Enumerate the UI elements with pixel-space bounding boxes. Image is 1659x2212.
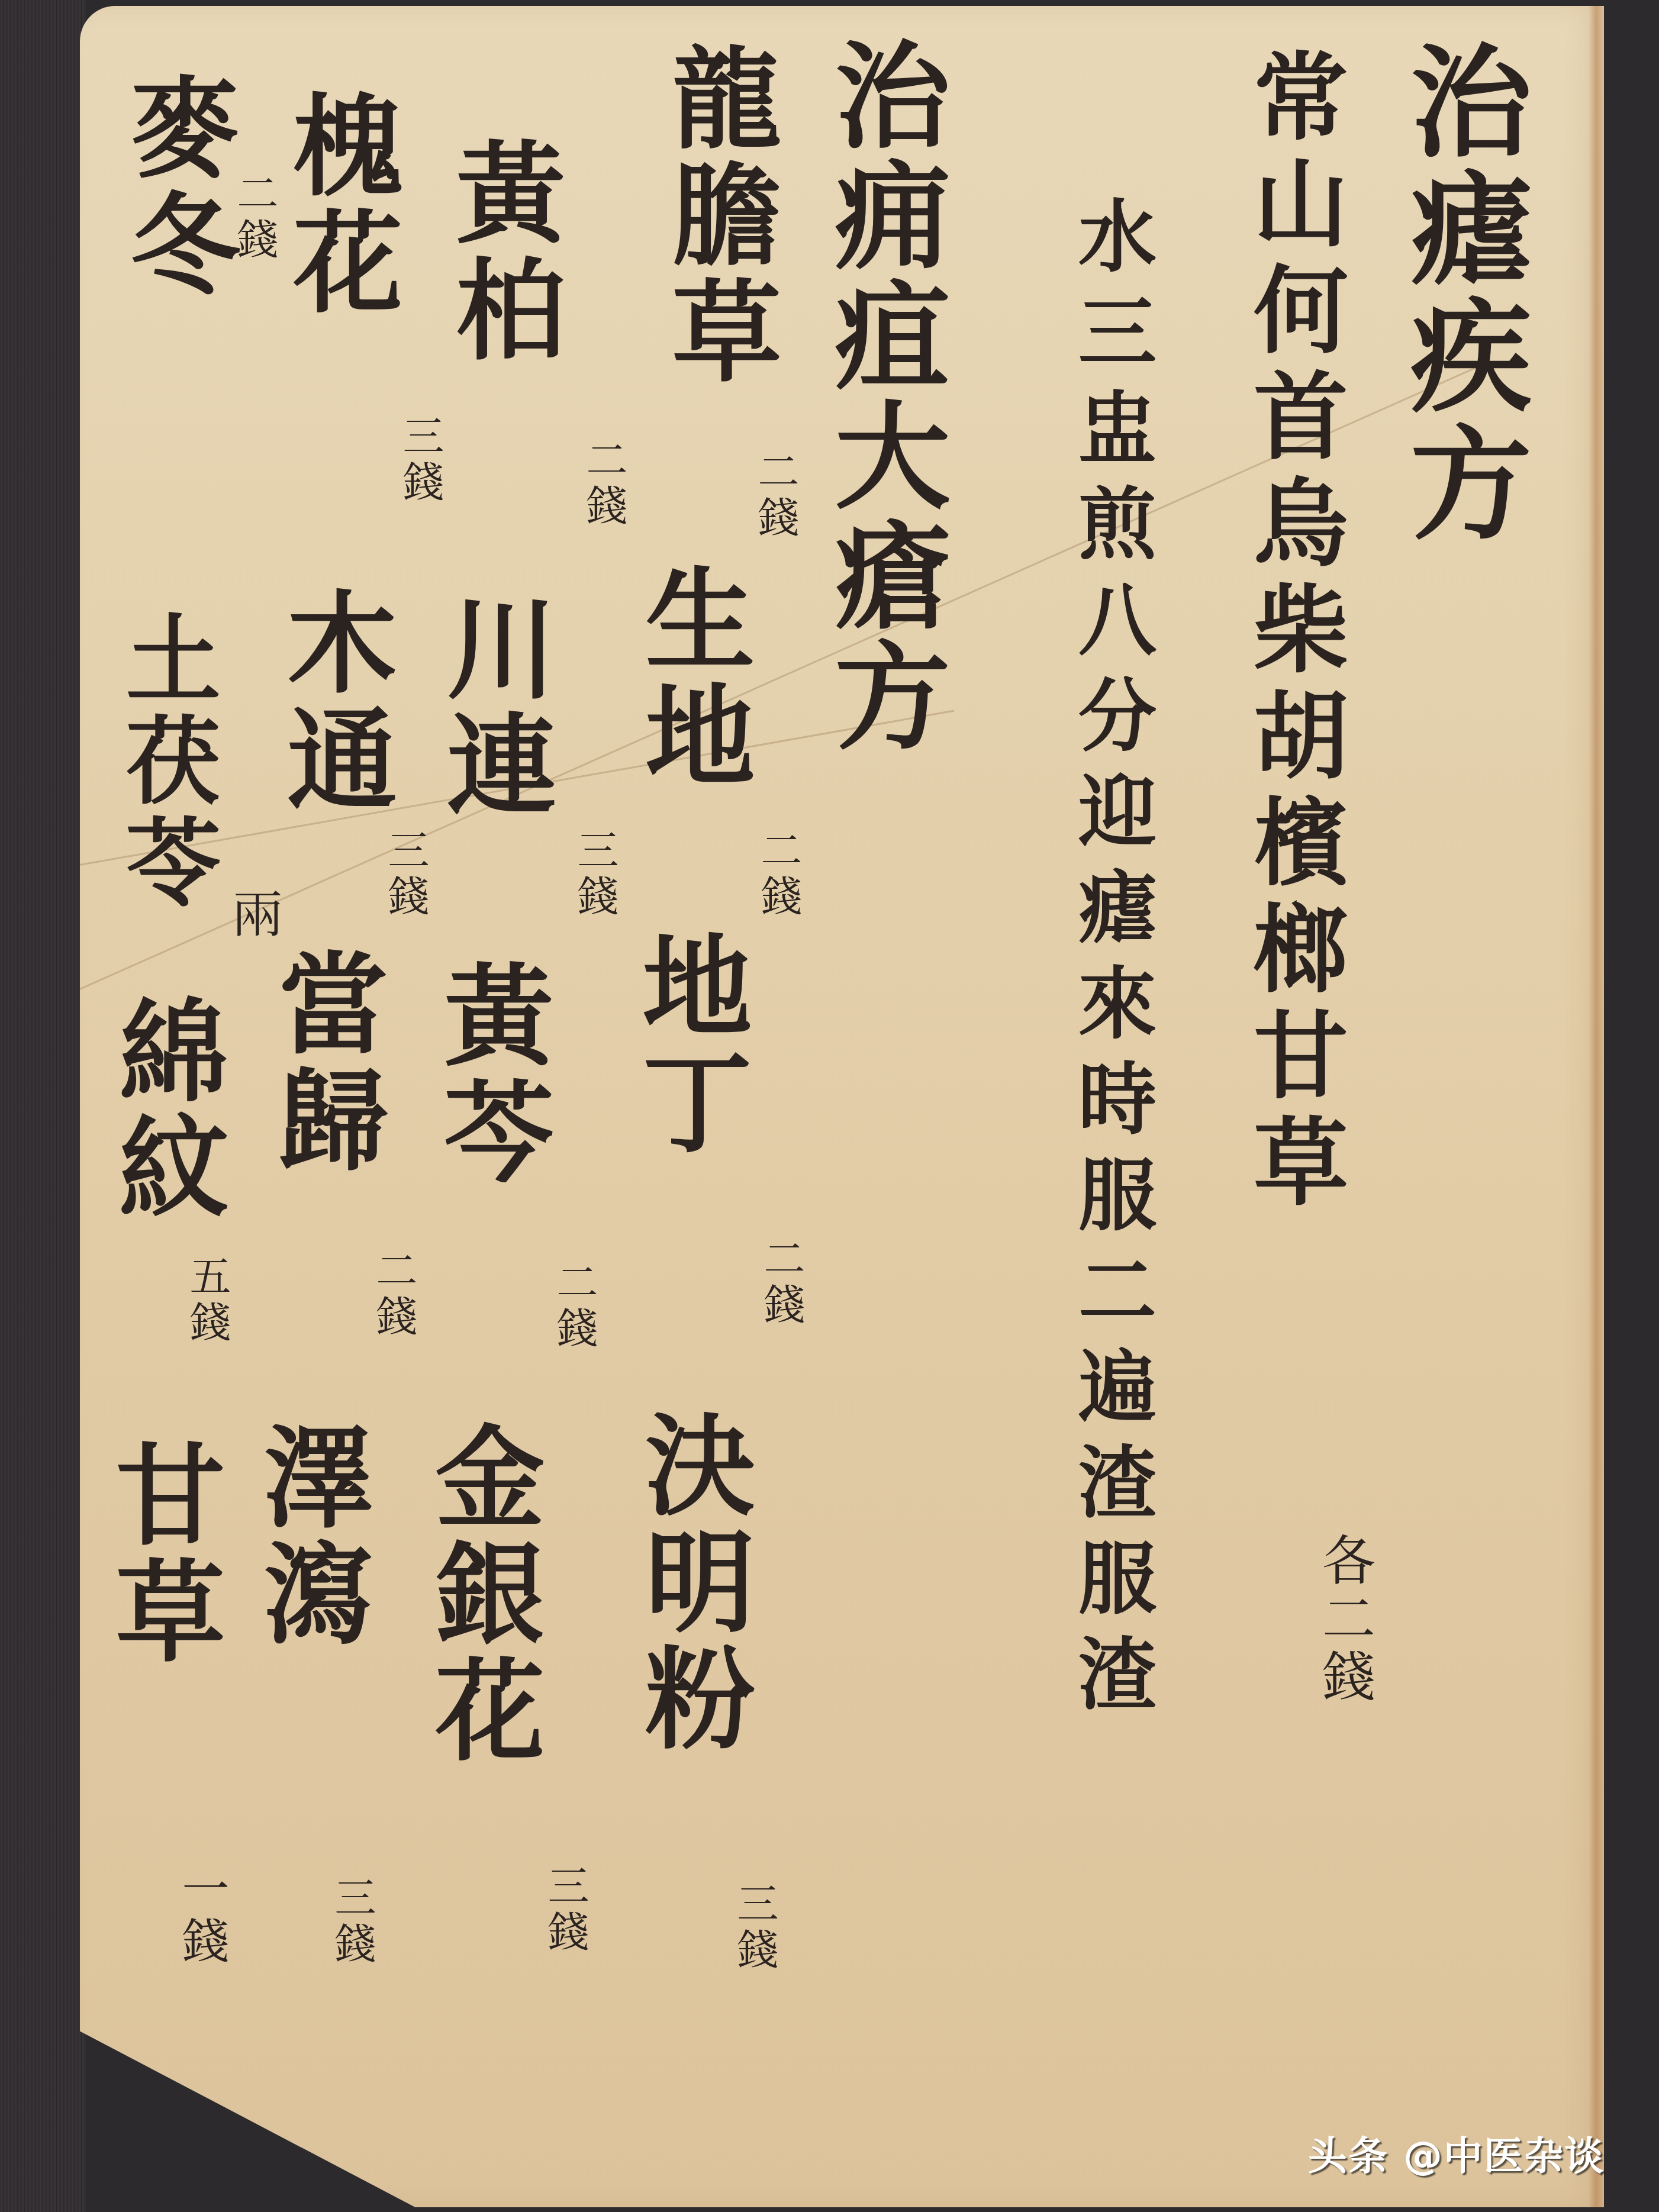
herb-dose: 三錢 (734, 1882, 775, 1974)
herb-item: 槐花 (284, 89, 394, 322)
herb-item: 金銀花 (426, 1420, 536, 1770)
herb-item: 川連 (438, 592, 547, 825)
herb-dose: 三錢 (331, 1876, 373, 1968)
herb-dose: 三錢 (574, 828, 616, 921)
recipe1-title: 治瘧疾方 (1400, 38, 1521, 547)
binding-cloth (0, 0, 86, 2212)
herb-dose: 五錢 (186, 1255, 228, 1347)
herb-dose: 二錢 (583, 438, 624, 530)
herb-dose: 二錢 (758, 828, 799, 921)
herb-item: 黃柏 (447, 136, 556, 369)
herb-item: 地丁 (633, 929, 743, 1162)
herb-dose: 三錢 (385, 828, 426, 921)
herb-item: 木通 (278, 586, 388, 819)
recipe1-instructions: 水三盅煎八分迎瘧來時服二遍渣服渣 (1071, 195, 1149, 1729)
herb-item: 澤瀉 (255, 1420, 364, 1653)
recipe2-title: 治痈疽大瘡方 (826, 36, 941, 756)
herb-dose: 兩 (228, 888, 278, 943)
herb-dose: 一錢 (178, 1864, 225, 1968)
herb-item: 生地 (636, 562, 746, 795)
herb-dose: 三錢 (545, 1864, 586, 1956)
herb-dose: 二錢 (553, 1260, 595, 1353)
herb-item: 決明粉 (636, 1408, 746, 1758)
herb-dose: 二錢 (761, 1237, 802, 1329)
page-edge (1589, 6, 1604, 2207)
herb-dose: 二錢 (234, 172, 275, 264)
herb-dose: 二錢 (755, 450, 796, 542)
herb-item: 綿紋 (109, 994, 219, 1227)
herb-item: 麥冬 (121, 71, 231, 304)
watermark-label: 头条 @中医杂谈 (1308, 2124, 1605, 2181)
herb-item: 龍膽草 (663, 41, 772, 391)
herb-dose: 二錢 (373, 1249, 414, 1341)
herb-item: 土茯苓 (118, 610, 213, 915)
recipe1-ingredients: 常山何首烏柴胡檳榔甘草 (1246, 47, 1341, 1219)
herb-item: 當歸 (269, 947, 379, 1180)
herb-item: 甘草 (107, 1438, 216, 1671)
herb-item: 黃芩 (435, 959, 545, 1192)
recipe1-dose: 各二錢 (1317, 1533, 1370, 1707)
herb-dose: 三錢 (400, 414, 441, 507)
